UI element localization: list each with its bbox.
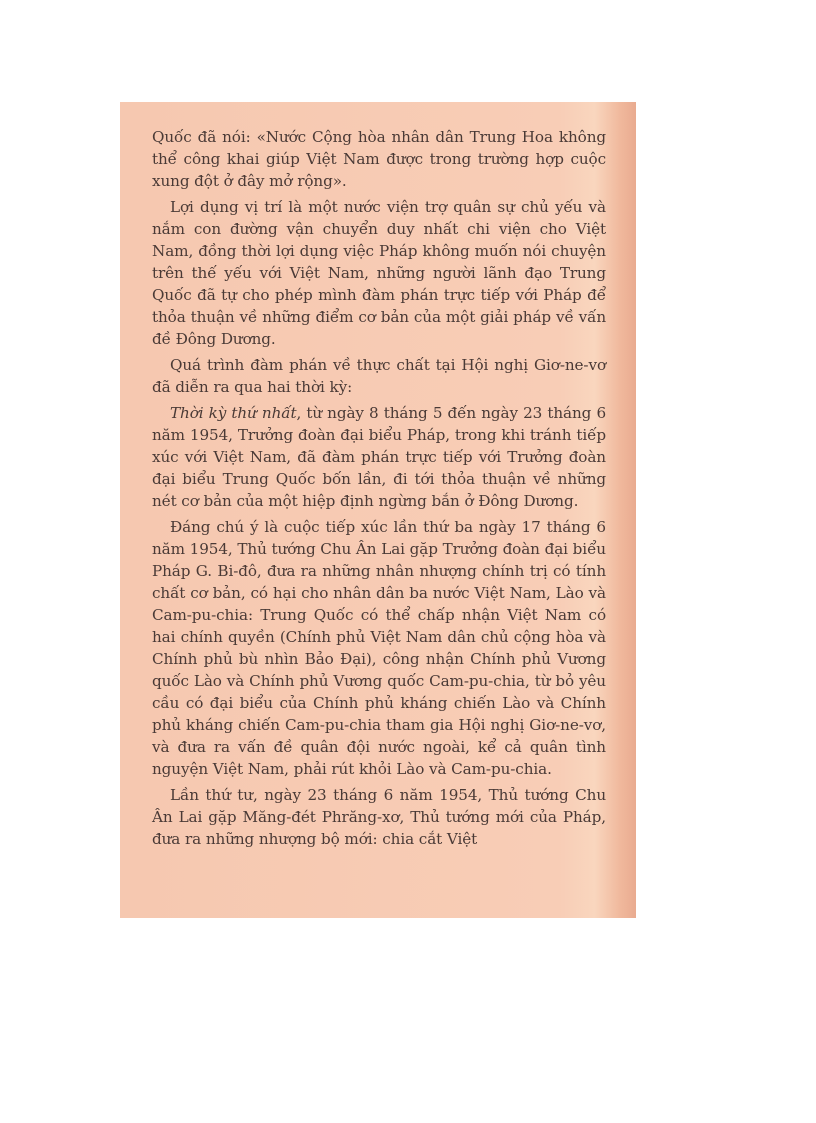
paragraph-5: Đáng chú ý là cuộc tiếp xúc lần thứ ba n… (152, 516, 606, 780)
scanned-book-page: Quốc đã nói: «Nước Cộng hòa nhân dân Tru… (120, 102, 636, 918)
paragraph-6: Lần thứ tư, ngày 23 tháng 6 năm 1954, Th… (152, 784, 606, 850)
paragraph-text: Quốc đã nói: «Nước Cộng hòa nhân dân Tru… (152, 128, 606, 190)
paragraph-4: Thời kỳ thứ nhất, từ ngày 8 tháng 5 đến … (152, 402, 606, 512)
paragraph-text: Đáng chú ý là cuộc tiếp xúc lần thứ ba n… (152, 518, 606, 778)
paragraph-1: Quốc đã nói: «Nước Cộng hòa nhân dân Tru… (152, 126, 606, 192)
italic-lead: Thời kỳ thứ nhất (170, 404, 296, 422)
paragraph-text: Lợi dụng vị trí là một nước viện trợ quâ… (152, 198, 606, 348)
paragraph-text: Lần thứ tư, ngày 23 tháng 6 năm 1954, Th… (152, 786, 606, 848)
body-text: Quốc đã nói: «Nước Cộng hòa nhân dân Tru… (152, 126, 606, 850)
paragraph-3: Quá trình đàm phán về thực chất tại Hội … (152, 354, 606, 398)
paragraph-text: Quá trình đàm phán về thực chất tại Hội … (152, 356, 606, 396)
paragraph-2: Lợi dụng vị trí là một nước viện trợ quâ… (152, 196, 606, 350)
